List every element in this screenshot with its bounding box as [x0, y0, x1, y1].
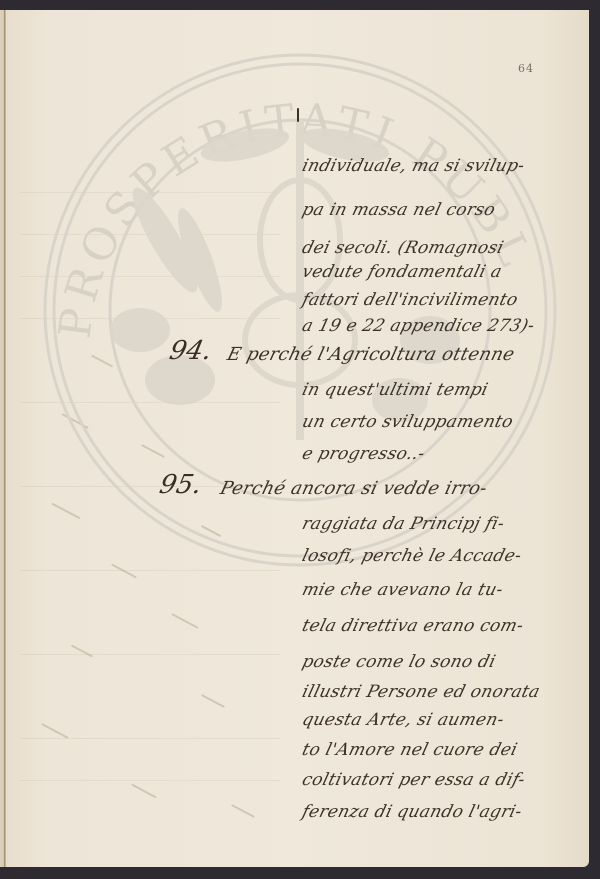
manuscript-line: raggiata da Principj fi-	[300, 514, 507, 534]
ink-bleed-mark	[171, 613, 198, 629]
ink-bleed-mark	[111, 564, 137, 579]
ruling-line	[20, 276, 280, 277]
ink-bleed-mark	[201, 694, 225, 708]
ink-bleed-mark	[61, 413, 88, 429]
ink-mark	[297, 108, 299, 122]
manuscript-line: E perché l'Agricoltura ottenne	[225, 344, 517, 365]
manuscript-page: PROSPERITATI PUBLICAE 64 individuale, ma…	[0, 10, 589, 867]
manuscript-line: dei secoli. (Romagnosi	[300, 238, 506, 258]
ink-bleed-mark	[71, 644, 93, 657]
page-number: 64	[518, 62, 534, 75]
ruling-line	[20, 780, 280, 781]
manuscript-line: poste come lo sono di	[300, 652, 498, 672]
ruling-line	[20, 738, 280, 739]
manuscript-line: individuale, ma si svilup-	[300, 156, 527, 176]
ruling-line	[20, 234, 280, 235]
ink-bleed-mark	[231, 804, 255, 818]
manuscript-line: questa Arte, si aumen-	[300, 710, 506, 730]
page-binding-edge	[0, 10, 6, 867]
ruling-line	[20, 654, 280, 655]
ink-bleed-mark	[41, 723, 68, 739]
manuscript-line: Perché ancora si vedde irro-	[218, 478, 489, 499]
manuscript-line: fattori dell'incivilimento	[300, 290, 520, 310]
ruling-line	[20, 318, 280, 319]
manuscript-line: e progresso..-	[300, 444, 427, 464]
ink-bleed-mark	[131, 784, 157, 799]
ruling-line	[20, 192, 280, 193]
manuscript-line: losofi, perchè le Accade-	[300, 546, 524, 566]
ruling-line	[20, 570, 280, 571]
manuscript-line: un certo sviluppamento	[300, 412, 515, 432]
manuscript-line: illustri Persone ed onorata	[300, 682, 542, 702]
manuscript-line: pa in massa nel corso	[300, 200, 497, 220]
manuscript-line: vedute fondamentali a	[300, 262, 504, 282]
manuscript-line: in quest'ultimi tempi	[300, 380, 490, 400]
ruling-line	[20, 402, 280, 403]
paragraph-number-95: 95.	[157, 470, 205, 500]
ink-bleed-mark	[141, 444, 165, 458]
ink-bleed-mark	[91, 354, 113, 367]
manuscript-line: coltivatori per essa a dif-	[300, 770, 527, 790]
manuscript-line: mie che avevano la tu-	[300, 580, 505, 600]
manuscript-line: a 19 e 22 appendice 273)-	[300, 316, 537, 336]
manuscript-line: tela direttiva erano com-	[300, 616, 526, 636]
ink-bleed-mark	[201, 525, 221, 537]
manuscript-line: to l'Amore nel cuore dei	[300, 740, 520, 760]
ink-bleed-mark	[51, 503, 80, 520]
paragraph-number-94: 94.	[167, 336, 215, 366]
manuscript-line: ferenza di quando l'agri-	[300, 802, 524, 822]
